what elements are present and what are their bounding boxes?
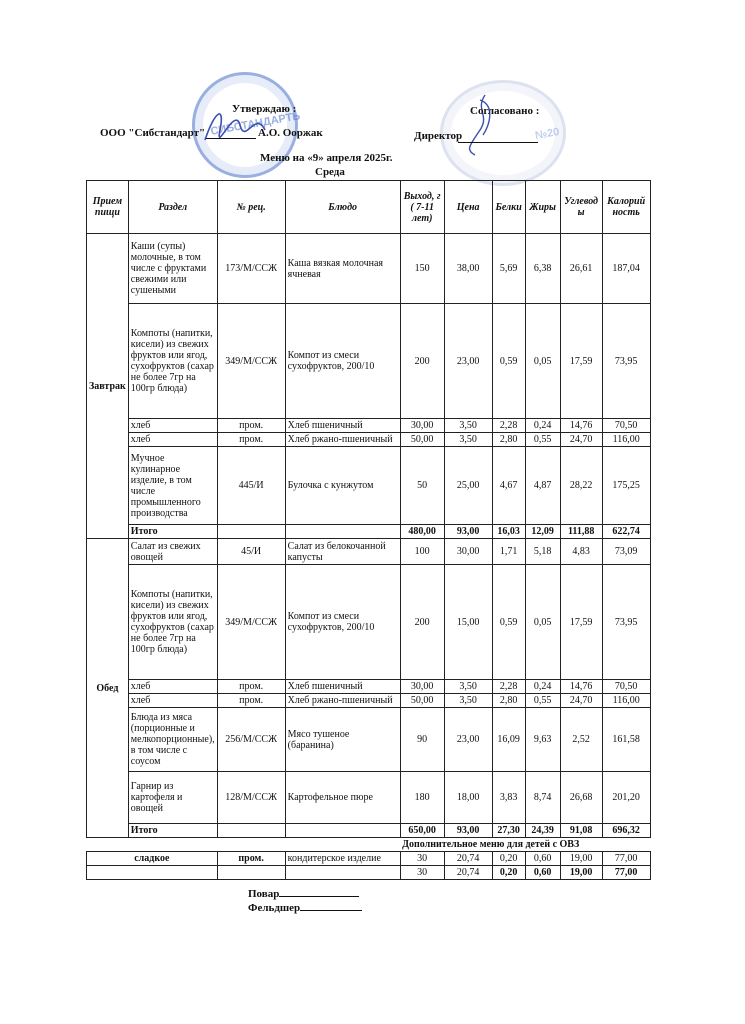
org-name: ООО "Сибстандарт"	[100, 127, 205, 139]
carbs-cell: 14,76	[560, 419, 602, 433]
recipe-cell: 45/И	[217, 539, 285, 565]
fat-cell: 4,87	[525, 447, 560, 525]
table-row: хлебпром.Хлеб ржано-пшеничный50,003,502,…	[87, 694, 651, 708]
recipe-cell: пром.	[217, 433, 285, 447]
fat-cell: 0,05	[525, 304, 560, 419]
price-cell: 38,00	[444, 234, 492, 304]
recipe-cell: 256/М/ССЖ	[217, 708, 285, 772]
total-row: 3020,740,200,6019,0077,00	[87, 866, 651, 880]
table-row: сладкоепром.кондитерское изделие3020,740…	[87, 852, 651, 866]
carbs-cell: 19,00	[560, 852, 602, 866]
extra-menu-title: Дополнительное меню для детей с ОВЗ	[400, 838, 650, 852]
kcal-cell: 187,04	[602, 234, 650, 304]
kcal-cell: 73,09	[602, 539, 650, 565]
col-carbs: Углевод ы	[560, 181, 602, 234]
meal-label: Завтрак	[87, 234, 129, 539]
section-cell: Каши (супы) молочные, в том числе с фрук…	[128, 234, 217, 304]
recipe-cell: 349/М/ССЖ	[217, 565, 285, 680]
price-cell: 25,00	[444, 447, 492, 525]
dish-cell: Компот из смеси сухофруктов, 200/10	[285, 565, 400, 680]
fat-cell: 0,55	[525, 694, 560, 708]
total-yield-cell: 30	[400, 866, 444, 880]
cook-label: Повар	[248, 888, 279, 900]
protein-cell: 0,59	[492, 304, 525, 419]
fat-cell: 0,24	[525, 419, 560, 433]
recipe-cell: пром.	[217, 694, 285, 708]
empty-cell	[285, 824, 400, 838]
yield-cell: 150	[400, 234, 444, 304]
kcal-cell: 70,50	[602, 680, 650, 694]
total-fat-cell: 0,60	[525, 866, 560, 880]
recipe-cell: 445/И	[217, 447, 285, 525]
table-header-row: Прием пищи Раздел № рец. Блюдо Выход, г …	[87, 181, 651, 234]
dish-cell: Хлеб пшеничный	[285, 419, 400, 433]
total-carbs-cell: 91,08	[560, 824, 602, 838]
recipe-cell: пром.	[217, 852, 285, 866]
kcal-cell: 73,95	[602, 304, 650, 419]
kcal-cell: 116,00	[602, 433, 650, 447]
price-cell: 3,50	[444, 680, 492, 694]
protein-cell: 0,20	[492, 852, 525, 866]
recipe-cell: 128/М/ССЖ	[217, 772, 285, 824]
total-fat-cell: 12,09	[525, 525, 560, 539]
col-price: Цена	[444, 181, 492, 234]
total-price-cell: 93,00	[444, 525, 492, 539]
dish-cell: Компот из смеси сухофруктов, 200/10	[285, 304, 400, 419]
price-cell: 3,50	[444, 433, 492, 447]
dish-cell: Мясо тушеное (баранина)	[285, 708, 400, 772]
protein-cell: 2,80	[492, 694, 525, 708]
empty-cell	[87, 838, 401, 852]
table-row: Компоты (напитки, кисели) из свежих фрук…	[87, 304, 651, 419]
yield-cell: 200	[400, 565, 444, 680]
yield-cell: 100	[400, 539, 444, 565]
yield-cell: 90	[400, 708, 444, 772]
section-cell: сладкое	[87, 852, 218, 866]
total-row: Итого480,0093,0016,0312,09111,88622,74	[87, 525, 651, 539]
section-cell: Мучное кулинарное изделие, в том числе п…	[128, 447, 217, 525]
empty-cell	[217, 525, 285, 539]
carbs-cell: 24,70	[560, 694, 602, 708]
total-protein-cell: 27,30	[492, 824, 525, 838]
recipe-cell: 349/М/ССЖ	[217, 304, 285, 419]
protein-cell: 3,83	[492, 772, 525, 824]
table-row: хлебпром.Хлеб ржано-пшеничный50,003,502,…	[87, 433, 651, 447]
col-fat: Жиры	[525, 181, 560, 234]
medic-signature: Фельдшер	[248, 902, 362, 914]
dish-cell: кондитерское изделие	[285, 852, 400, 866]
director-label: Директор	[414, 130, 462, 142]
fat-cell: 0,24	[525, 680, 560, 694]
total-yield-cell: 650,00	[400, 824, 444, 838]
table-row: ОбедСалат из свежих овощей45/ИСалат из б…	[87, 539, 651, 565]
table-row: Блюда из мяса (порционные и мелкопорцион…	[87, 708, 651, 772]
carbs-cell: 4,83	[560, 539, 602, 565]
approver-name: А.О. Ооржак	[258, 127, 323, 139]
empty-cell	[87, 866, 218, 880]
empty-cell	[285, 525, 400, 539]
menu-table: Прием пищи Раздел № рец. Блюдо Выход, г …	[86, 180, 651, 880]
protein-cell: 1,71	[492, 539, 525, 565]
total-label: Итого	[128, 824, 217, 838]
col-dish: Блюдо	[285, 181, 400, 234]
carbs-cell: 17,59	[560, 565, 602, 680]
yield-cell: 50,00	[400, 433, 444, 447]
director-sign-line	[458, 142, 538, 143]
carbs-cell: 28,22	[560, 447, 602, 525]
col-section: Раздел	[128, 181, 217, 234]
fat-cell: 9,63	[525, 708, 560, 772]
total-kcal-cell: 622,74	[602, 525, 650, 539]
total-price-cell: 93,00	[444, 824, 492, 838]
yield-cell: 30	[400, 852, 444, 866]
cook-signature: Повар	[248, 888, 359, 900]
price-cell: 15,00	[444, 565, 492, 680]
dish-cell: Каша вязкая молочная ячневая	[285, 234, 400, 304]
table-row: Гарнир из картофеля и овощей128/М/ССЖКар…	[87, 772, 651, 824]
protein-cell: 5,69	[492, 234, 525, 304]
empty-cell	[217, 866, 285, 880]
total-yield-cell: 480,00	[400, 525, 444, 539]
empty-cell	[285, 866, 400, 880]
section-cell: хлеб	[128, 433, 217, 447]
fat-cell: 0,55	[525, 433, 560, 447]
table-row: хлебпром.Хлеб пшеничный30,003,502,280,24…	[87, 419, 651, 433]
yield-cell: 180	[400, 772, 444, 824]
dish-cell: Салат из белокочанной капусты	[285, 539, 400, 565]
approve-label: Утверждаю :	[232, 103, 296, 115]
fat-cell: 0,60	[525, 852, 560, 866]
fat-cell: 8,74	[525, 772, 560, 824]
carbs-cell: 2,52	[560, 708, 602, 772]
carbs-cell: 26,68	[560, 772, 602, 824]
dish-cell: Хлеб пшеничный	[285, 680, 400, 694]
protein-cell: 0,59	[492, 565, 525, 680]
protein-cell: 2,80	[492, 433, 525, 447]
table-row: хлебпром.Хлеб пшеничный30,003,502,280,24…	[87, 680, 651, 694]
yield-cell: 50	[400, 447, 444, 525]
dish-cell: Хлеб ржано-пшеничный	[285, 433, 400, 447]
approver-sign-line	[206, 138, 256, 139]
price-cell: 30,00	[444, 539, 492, 565]
table-row: Компоты (напитки, кисели) из свежих фрук…	[87, 565, 651, 680]
kcal-cell: 161,58	[602, 708, 650, 772]
kcal-cell: 70,50	[602, 419, 650, 433]
total-protein-cell: 16,03	[492, 525, 525, 539]
section-cell: Салат из свежих овощей	[128, 539, 217, 565]
total-row: Итого650,0093,0027,3024,3991,08696,32	[87, 824, 651, 838]
kcal-cell: 77,00	[602, 852, 650, 866]
price-cell: 23,00	[444, 304, 492, 419]
weekday: Среда	[315, 166, 345, 178]
empty-cell	[217, 824, 285, 838]
fat-cell: 6,38	[525, 234, 560, 304]
section-cell: хлеб	[128, 680, 217, 694]
price-cell: 3,50	[444, 419, 492, 433]
total-protein-cell: 0,20	[492, 866, 525, 880]
fat-cell: 0,05	[525, 565, 560, 680]
fat-cell: 5,18	[525, 539, 560, 565]
price-cell: 3,50	[444, 694, 492, 708]
yield-cell: 30,00	[400, 419, 444, 433]
section-cell: Компоты (напитки, кисели) из свежих фрук…	[128, 304, 217, 419]
kcal-cell: 116,00	[602, 694, 650, 708]
extra-title-row: Дополнительное меню для детей с ОВЗ	[87, 838, 651, 852]
dish-cell: Булочка с кунжутом	[285, 447, 400, 525]
yield-cell: 200	[400, 304, 444, 419]
carbs-cell: 26,61	[560, 234, 602, 304]
total-fat-cell: 24,39	[525, 824, 560, 838]
agreed-label: Согласовано :	[470, 105, 539, 117]
col-kcal: Калорий ность	[602, 181, 650, 234]
kcal-cell: 201,20	[602, 772, 650, 824]
col-yield: Выход, г ( 7-11 лет)	[400, 181, 444, 234]
recipe-cell: 173/М/ССЖ	[217, 234, 285, 304]
menu-title: Меню на «9» апреля 2025г.	[260, 152, 393, 164]
total-carbs-cell: 19,00	[560, 866, 602, 880]
price-cell: 23,00	[444, 708, 492, 772]
col-meal: Прием пищи	[87, 181, 129, 234]
total-kcal-cell: 696,32	[602, 824, 650, 838]
carbs-cell: 24,70	[560, 433, 602, 447]
yield-cell: 30,00	[400, 680, 444, 694]
price-cell: 20,74	[444, 852, 492, 866]
yield-cell: 50,00	[400, 694, 444, 708]
kcal-cell: 73,95	[602, 565, 650, 680]
section-cell: Компоты (напитки, кисели) из свежих фрук…	[128, 565, 217, 680]
col-recipe: № рец.	[217, 181, 285, 234]
carbs-cell: 17,59	[560, 304, 602, 419]
protein-cell: 4,67	[492, 447, 525, 525]
meal-label: Обед	[87, 539, 129, 838]
medic-label: Фельдшер	[248, 902, 300, 914]
total-carbs-cell: 111,88	[560, 525, 602, 539]
protein-cell: 2,28	[492, 680, 525, 694]
dish-cell: Хлеб ржано-пшеничный	[285, 694, 400, 708]
director-signature-icon	[455, 90, 505, 160]
section-cell: Блюда из мяса (порционные и мелкопорцион…	[128, 708, 217, 772]
price-cell: 18,00	[444, 772, 492, 824]
col-protein: Белки	[492, 181, 525, 234]
total-price-cell: 20,74	[444, 866, 492, 880]
recipe-cell: пром.	[217, 419, 285, 433]
protein-cell: 2,28	[492, 419, 525, 433]
section-cell: хлеб	[128, 419, 217, 433]
protein-cell: 16,09	[492, 708, 525, 772]
kcal-cell: 175,25	[602, 447, 650, 525]
section-cell: Гарнир из картофеля и овощей	[128, 772, 217, 824]
carbs-cell: 14,76	[560, 680, 602, 694]
table-row: ЗавтракКаши (супы) молочные, в том числе…	[87, 234, 651, 304]
table-row: Мучное кулинарное изделие, в том числе п…	[87, 447, 651, 525]
total-kcal-cell: 77,00	[602, 866, 650, 880]
total-label: Итого	[128, 525, 217, 539]
dish-cell: Картофельное пюре	[285, 772, 400, 824]
section-cell: хлеб	[128, 694, 217, 708]
recipe-cell: пром.	[217, 680, 285, 694]
